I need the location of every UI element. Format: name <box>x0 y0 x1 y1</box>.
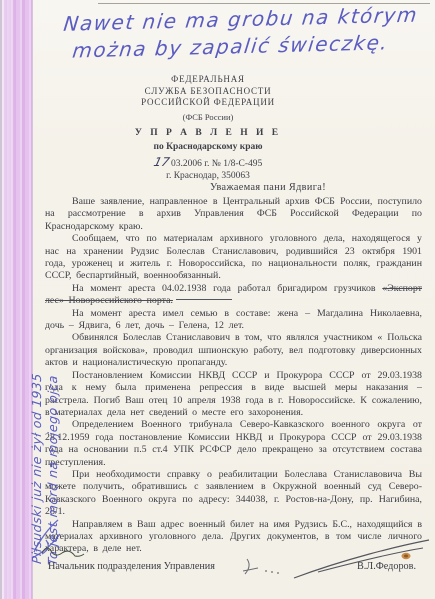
letterhead-city: г. Краснодар, 350063 <box>58 171 358 181</box>
paragraph-8: При необходимости справку о реабилитации… <box>45 469 422 519</box>
salutation: Уважаемая пани Ядвига! <box>150 182 386 193</box>
paragraph-6: Постановлением Комиссии НКВД СССР и Прок… <box>45 370 422 420</box>
letterhead-date-line: 1703.2006 г. № 1/8-С-495 <box>58 155 358 169</box>
scanned-letter-page: Nawet nie ma grobu na którym można by za… <box>0 0 435 599</box>
signature-title: Начальник подразделения Управления <box>48 561 215 572</box>
letterhead-org-abbrev: (ФСБ России) <box>58 112 358 122</box>
letterhead-date-number: 03.2006 г. № 1/8-С-495 <box>171 159 262 169</box>
letterhead-org-line2: СЛУЖБА БЕЗОПАСНОСТИ <box>58 86 358 98</box>
letterhead-org-line3: РОССИЙСКОЙ ФЕДЕРАЦИИ <box>58 97 358 109</box>
letterhead-region: по Краснодарскому краю <box>58 142 358 152</box>
paragraph-4: На момент ареста имел семью в составе: ж… <box>45 308 422 333</box>
letterhead-org-line1: ФЕДЕРАЛЬНАЯ <box>58 74 358 86</box>
handwritten-top-note: Nawet nie ma grobu na którym można by za… <box>59 1 435 65</box>
paragraph-7: Определением Военного трибунала Северо-К… <box>45 419 422 469</box>
handwritten-margin-note: Piłsudski już nie żył od 1935 To jest mo… <box>29 225 60 566</box>
handwritten-date-day: 17 <box>152 155 171 169</box>
paragraph-5: Обвинялся Болеслав Станиславович в том, … <box>45 332 422 369</box>
handwritten-margin-note-line1: Piłsudski już nie żył od 1935 <box>29 225 45 565</box>
paragraph-1: Ваше заявление, направленное в Центральн… <box>45 196 422 233</box>
paragraph-3: На момент ареста 04.02.1938 года работал… <box>45 283 422 308</box>
handwritten-margin-note-line2: To jest mord na mojego ojca <box>45 227 61 567</box>
letterhead: ФЕДЕРАЛЬНАЯ СЛУЖБА БЕЗОПАСНОСТИ РОССИЙСК… <box>58 74 358 181</box>
handwritten-strike-line <box>176 299 232 300</box>
signature-name: В.Л.Федоров. <box>357 561 416 572</box>
paragraph-2: Сообщаем, что по материалам архивного уг… <box>45 233 422 283</box>
paragraph-9: Направляем в Ваш адрес военный билет на … <box>45 519 422 556</box>
paragraph-3-lead: На момент ареста 04.02.1938 года работал… <box>72 283 376 294</box>
letter-body: Ваше заявление, направленное в Центральн… <box>45 196 422 556</box>
letterhead-division: У П Р А В Л Е Н И Е <box>58 128 358 138</box>
signature-row: Начальник подразделения Управления В.Л.Ф… <box>48 561 422 572</box>
